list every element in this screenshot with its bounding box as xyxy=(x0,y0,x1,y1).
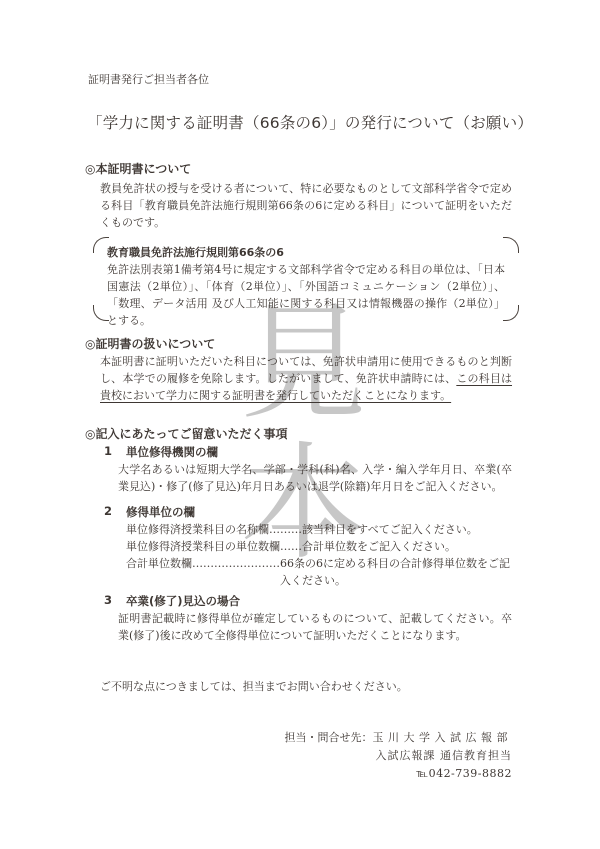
unit-row-leader-dots: …………………… xyxy=(192,555,280,572)
unit-row-description: 合計単位数をご記入ください。 xyxy=(302,538,512,555)
box-corner-top-left xyxy=(93,237,109,253)
note-1-number: 1 xyxy=(104,444,112,458)
unit-row-label: 合計単位数欄 xyxy=(126,555,192,572)
note-2-number: 2 xyxy=(104,504,112,518)
unit-row: 合計単位数欄 …………………… 66条の6に定める科目の合計修得単位数をご記入く… xyxy=(126,555,512,589)
note-3-title: 卒業(修了)見込の場合 xyxy=(126,593,240,609)
note-2-unit-rows: 単位修得済授業科目の名称欄 ……… 該当科目をすべてご記入ください。 単位修得済… xyxy=(126,521,512,589)
section-heading-about: ◎本証明書について xyxy=(85,160,191,177)
box-corner-top-right xyxy=(503,237,519,253)
contact-line-1: 担当・問合せ先：玉川大学入試広報部 xyxy=(285,729,513,747)
unit-row-label: 単位修得済授業科目の単位数欄 xyxy=(126,538,280,555)
unit-row: 単位修得済授業科目の単位数欄 …… 合計単位数をご記入ください。 xyxy=(126,538,512,555)
section-heading-notes: ◎記入にあたってご留意いただく事項 xyxy=(85,425,287,442)
unit-row-label: 単位修得済授業科目の名称欄 xyxy=(126,521,269,538)
salutation: 証明書発行ご担当者各位 xyxy=(88,71,209,87)
section-heading-handling: ◎証明書の扱いについて xyxy=(85,335,215,352)
law-box-title: 教育職員免許法施行規則第66条の6 xyxy=(107,244,505,260)
note-2-title: 修得単位の欄 xyxy=(126,504,195,520)
section-body-handling: 本証明書に証明いただいた科目については、免許状申請用に使用できるものと判断し、本… xyxy=(100,353,512,404)
page-title: 「学力に関する証明書（66条の6）」の発行について（お願い） xyxy=(87,111,533,133)
box-corner-bottom-right xyxy=(503,305,519,321)
contact-line-2: 入試広報課 通信教育担当 xyxy=(285,747,513,765)
section-body-about: 教員免許状の授与を受ける者について、特に必要なものとして文部科学省令で定める科目… xyxy=(100,180,512,231)
unit-row: 単位修得済授業科目の名称欄 ……… 該当科目をすべてご記入ください。 xyxy=(126,521,512,538)
unit-row-leader-dots: ……… xyxy=(269,521,302,538)
inquiry-note: ご不明な点につきましては、担当までお問い合わせください。 xyxy=(100,678,408,694)
contact-organization: 玉川大学入試広報部 xyxy=(373,731,513,744)
note-1-title: 単位修得機関の欄 xyxy=(126,444,218,460)
law-excerpt-box: 教育職員免許法施行規則第66条の6 免許法別表第1備考第4号に規定する文部科学省… xyxy=(93,237,519,321)
contact-block: 担当・問合せ先：玉川大学入試広報部 入試広報課 通信教育担当 ℡042-739-… xyxy=(285,729,513,783)
note-3-number: 3 xyxy=(104,593,112,607)
unit-row-description: 該当科目をすべてご記入ください。 xyxy=(302,521,512,538)
unit-row-description: 66条の6に定める科目の合計修得単位数をご記入ください。 xyxy=(280,555,512,589)
contact-line-3: ℡042-739-8882 xyxy=(285,765,513,783)
unit-row-leader-dots: …… xyxy=(280,538,302,555)
contact-label: 担当・問合せ先： xyxy=(285,731,373,744)
note-1-body: 大学名あるいは短期大学名、学部・学科(科)名、入学・編入学年月日、卒業(卒業見込… xyxy=(118,461,512,495)
box-corner-bottom-left xyxy=(93,305,109,321)
handling-text-plain: 本証明書に証明いただいた科目については、免許状申請用に使用できるものと判断し、本… xyxy=(100,355,512,385)
document-page: 見本 証明書発行ご担当者各位 「学力に関する証明書（66条の6）」の発行について… xyxy=(0,0,600,849)
note-3-body: 証明書記載時に修得単位が確定しているものについて、記載してください。卒業(修了)… xyxy=(118,610,512,644)
law-box-body: 免許法別表第1備考第4号に規定する文部科学省令で定める科目の単位は、「日本国憲法… xyxy=(107,261,505,329)
